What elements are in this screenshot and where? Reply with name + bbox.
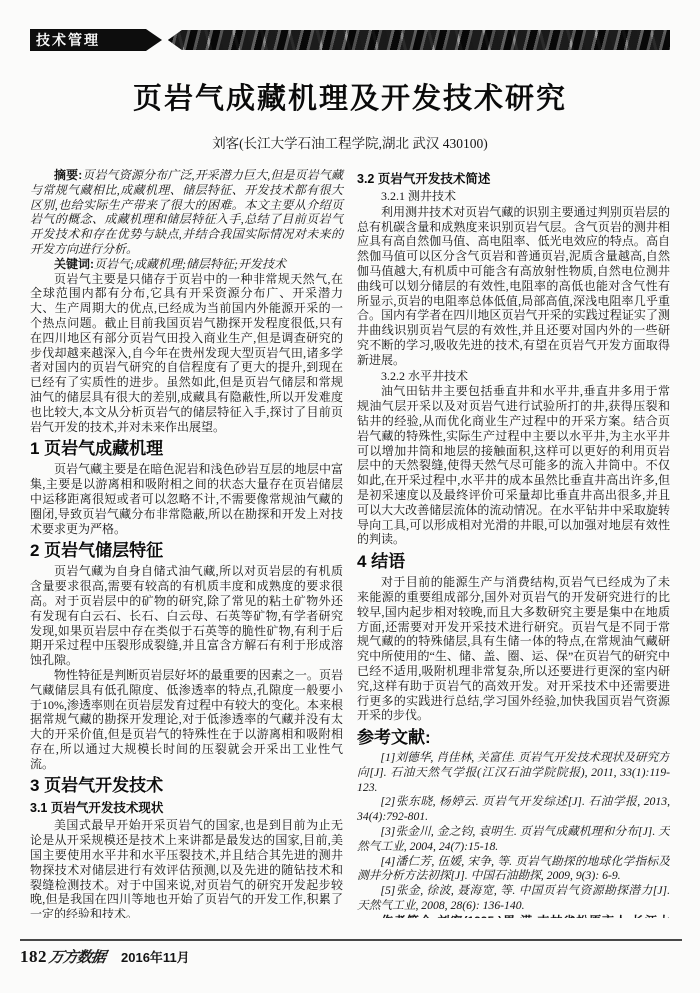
page-header: 技术管理 [30,28,670,52]
section-heading-2: 2 页岩气储层特征 [30,540,343,562]
column-label-banner: 技术管理 [30,29,162,51]
page-number: 182 [20,947,47,967]
abstract-label: 摘要: [54,168,82,182]
subsection-heading-3-1: 3.1 页岩气开发技术现状 [30,800,343,817]
reference-item: [4]潘仁芳, 伍媛, 宋争, 等. 页岩气勘探的地球化学指标及测井分析方法初探… [357,855,670,885]
reference-item: [3]张金川, 金之钧, 袁明生. 页岩气成藏机理和分布[J]. 天然气工业, … [357,825,670,855]
keywords-label: 关键词: [54,257,94,271]
section-heading-1: 1 页岩气成藏机理 [30,438,343,460]
left-column: 摘要:页岩气资源分布广泛,开采潜力巨大,但是页岩气藏与常规气藏相比,成藏机理、储… [30,168,343,918]
section-3-2-2-paragraph: 油气田钻井主要包括垂直井和水平井,垂直井多用于常规油气层开采以及对页岩气进行试验… [357,384,670,547]
reference-item: [1]刘德华, 肖佳林, 关富佳. 页岩气开发技术现状及研究方向[J]. 石油天… [357,751,670,795]
article-body: 摘要:页岩气资源分布广泛,开采潜力巨大,但是页岩气藏与常规气藏相比,成藏机理、储… [30,168,670,918]
conclusion-paragraph: 对于目前的能源生产与消费结构,页岩气已经成为了未来能源的重要组成部分,国外对页岩… [357,575,670,723]
right-column: 3.2 页岩气开发技术简述 3.2.1 测井技术 利用测井技术对页岩气藏的识别主… [357,168,670,918]
page-footer: 182 万方数据 2016年11月 [20,939,682,967]
section-heading-4: 4 结语 [357,551,670,573]
section-heading-3: 3 页岩气开发技术 [30,775,343,797]
header-decorative-bar [168,30,670,50]
subsubsection-heading-3-2-2: 3.2.2 水平井技术 [357,369,670,384]
references-heading: 参考文献: [357,727,670,749]
keywords-paragraph: 关键词:页岩气;成藏机理;储层特征;开发技术 [30,257,343,272]
issue-date: 2016年11月 [121,947,190,966]
reference-item: [2]张东晓, 杨婷云. 页岩气开发综述[J]. 石油学报, 2013, 34(… [357,795,670,825]
section-3-1-paragraph: 美国式最早开始开采页岩气的国家,也是到目前为止无论是从开采规模还是技术上来讲都是… [30,818,343,918]
author-affiliation-line: 刘客(长江大学石油工程学院,湖北 武汉 430100) [30,132,670,152]
reference-item: [5]张金, 徐波, 聂海宽, 等. 中国页岩气资源勘探潜力[J]. 天然气工业… [357,884,670,914]
abstract-paragraph: 摘要:页岩气资源分布广泛,开采潜力巨大,但是页岩气藏与常规气藏相比,成藏机理、储… [30,168,343,257]
wanfang-watermark-logo: 万方数据 [48,946,107,967]
intro-paragraph: 页岩气主要是只储存于页岩中的一种非常规天然气,在全球范围内都有分布,它具有开采资… [30,272,343,435]
keywords-text: 页岩气;成藏机理;储层特征;开发技术 [94,257,286,271]
section-2-paragraph-a: 页岩气藏为自身自储式油气藏,所以对页岩层的有机质含量要求很高,需要有较高的有机质… [30,564,343,668]
section-1-paragraph: 页岩气藏主要是在暗色泥岩和浅色砂岩互层的地层中富集,主要是以游离相和吸附相之间的… [30,462,343,536]
subsection-heading-3-2: 3.2 页岩气开发技术简述 [357,171,670,188]
section-3-2-1-paragraph: 利用测井技术对页岩气藏的识别主要通过判别页岩层的总有机碳含量和成熟度来识别页岩气… [357,205,670,368]
author-bio-paragraph: 作者简介:刘客(1995-)男,满,吉林省松原市人,长江大学,2013级石油工程… [357,914,670,918]
section-2-paragraph-b: 物性特征是判断页岩层好坏的最重要的因素之一。页岩气藏储层具有低孔隙度、低渗透率的… [30,668,343,772]
journal-page: 技术管理 页岩气成藏机理及开发技术研究 刘客(长江大学石油工程学院,湖北 武汉 … [0,0,700,993]
subsubsection-heading-3-2-1: 3.2.1 测井技术 [357,189,670,204]
article-title: 页岩气成藏机理及开发技术研究 [30,76,670,117]
